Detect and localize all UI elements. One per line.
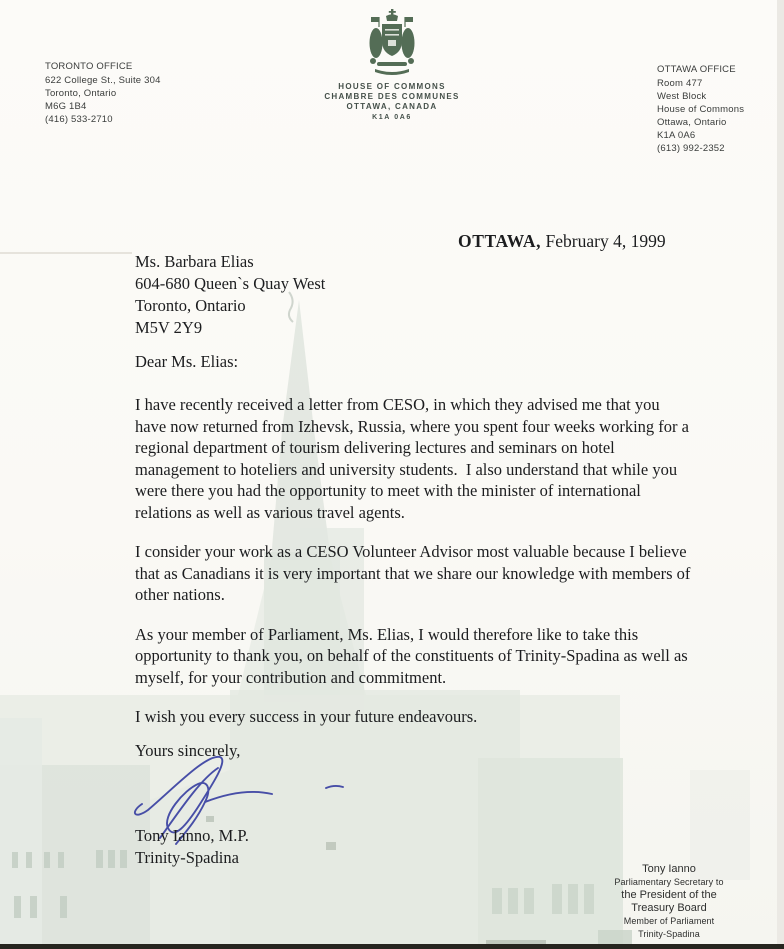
letter-page: TORONTO OFFICE 622 College St., Suite 30… [0,0,784,949]
body-line: regional department of tourism deliverin… [135,437,715,459]
ottawa-office-line: West Block [657,90,744,103]
footer-line: Tony Ianno [575,863,763,876]
paragraph-1: I have recently received a letter from C… [135,394,715,523]
ottawa-office-line: (613) 992-2352 [657,142,744,155]
body-line: As your member of Parliament, Ms. Elias,… [135,624,715,646]
body-line: relations as well as various travel agen… [135,502,715,524]
recipient-address: Ms. Barbara Elias 604-680 Queen`s Quay W… [135,251,325,339]
footer-line: the President of the [575,889,763,902]
paragraph-2: I consider your work as a CESO Volunteer… [135,541,715,606]
sender-name: Tony Ianno, M.P. [135,826,249,846]
body-line: that as Canadians it is very important t… [135,563,715,585]
scan-right-edge [777,0,784,949]
body-line: myself, for your contribution and commit… [135,667,715,689]
ottawa-office-block: OTTAWA OFFICE Room 477 West Block House … [657,63,744,155]
body-line: were there you had the opportunity to me… [135,480,715,502]
letter-body: I have recently received a letter from C… [135,394,715,746]
body-line: I consider your work as a CESO Volunteer… [135,541,715,563]
footer-line: Treasury Board [575,902,763,915]
scan-bottom-edge [0,944,784,949]
paragraph-3: As your member of Parliament, Ms. Elias,… [135,624,715,689]
recipient-line: Toronto, Ontario [135,295,325,317]
dateline-city: OTTAWA, [458,231,541,251]
body-line: I wish you every success in your future … [135,706,715,728]
recipient-line: Ms. Barbara Elias [135,251,325,273]
body-line: other nations. [135,584,715,606]
body-line: I have recently received a letter from C… [135,394,715,416]
sender-riding: Trinity-Spadina [135,848,239,868]
toronto-office-title: TORONTO OFFICE [45,60,161,73]
canada-coat-of-arms-icon [366,9,418,79]
footer-line: Member of Parliament [575,915,763,928]
dateline-date: February 4, 1999 [541,231,665,251]
footer-line: Parliamentary Secretary to [575,876,763,889]
ottawa-office-line: Ottawa, Ontario [657,116,744,129]
ottawa-office-line: House of Commons [657,103,744,116]
ottawa-office-line: Room 477 [657,77,744,90]
dateline: OTTAWA, February 4, 1999 [458,231,666,252]
body-line: management to hoteliers and university s… [135,459,715,481]
body-line: opportunity to thank you, on behalf of t… [135,645,715,667]
body-line: have now returned from Izhevsk, Russia, … [135,416,715,438]
scan-crease [0,252,132,254]
recipient-line: M5V 2Y9 [135,317,325,339]
salutation: Dear Ms. Elias: [135,352,238,372]
ottawa-office-line: K1A 0A6 [657,129,744,142]
ottawa-office-title: OTTAWA OFFICE [657,63,744,76]
footer-line: Trinity-Spadina [575,928,763,941]
paragraph-4: I wish you every success in your future … [135,706,715,728]
recipient-line: 604-680 Queen`s Quay West [135,273,325,295]
footer-title-block: Tony Ianno Parliamentary Secretary to th… [575,863,763,941]
